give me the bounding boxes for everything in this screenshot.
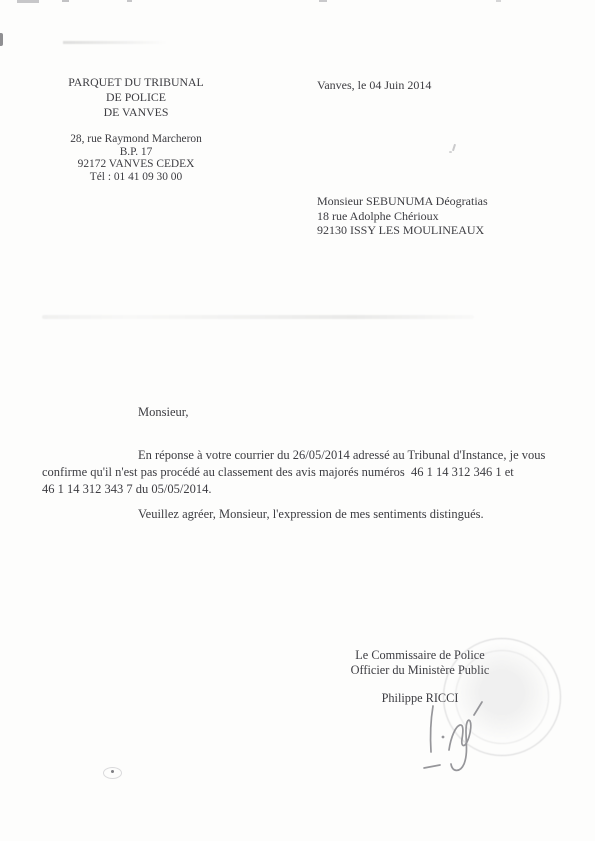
recipient-street: 18 rue Adolphe Chérioux (317, 209, 488, 224)
scan-speck (111, 770, 114, 773)
signature-stroke (431, 706, 433, 752)
signature-stroke (449, 720, 471, 770)
scan-streak (63, 41, 167, 44)
recipient-city: 92130 ISSY LES MOULINEAUX (317, 223, 488, 238)
sender-organization: PARQUET DU TRIBUNAL DE POLICE DE VANVES (50, 75, 222, 120)
scan-edge-mark (0, 33, 3, 46)
signature-stroke (474, 702, 482, 715)
closing-line: Veuillez agréer, Monsieur, l'expression … (138, 507, 484, 522)
scan-speck (127, 0, 132, 2)
sender-address: 28, rue Raymond Marcheron B.P. 17 92172 … (50, 133, 222, 183)
sender-address-line: B.P. 17 (50, 146, 222, 159)
sender-org-line: PARQUET DU TRIBUNAL (50, 75, 222, 90)
scan-tick-mark (449, 151, 452, 153)
signature-stroke (424, 765, 440, 768)
scan-speck (103, 767, 122, 779)
signature-dot (442, 736, 445, 739)
body-line: 46 1 14 312 343 7 du 05/05/2014. (42, 481, 540, 498)
date-line: Vanves, le 04 Juin 2014 (317, 78, 431, 93)
scan-speck (496, 0, 501, 2)
body-line: En réponse à votre courrier du 26/05/201… (42, 447, 540, 464)
body-paragraph: En réponse à votre courrier du 26/05/201… (42, 447, 540, 498)
sender-address-line: 92172 VANVES CEDEX (50, 158, 222, 171)
scan-speck (17, 0, 39, 3)
salutation: Monsieur, (138, 405, 189, 420)
sender-org-line: DE POLICE (50, 90, 222, 105)
sender-block: PARQUET DU TRIBUNAL DE POLICE DE VANVES … (50, 75, 222, 183)
scan-speck (62, 0, 69, 2)
sender-org-line: DE VANVES (50, 105, 222, 120)
scan-streak (42, 315, 474, 319)
handwritten-signature (412, 692, 497, 784)
letter-page: PARQUET DU TRIBUNAL DE POLICE DE VANVES … (0, 0, 595, 841)
body-line: confirme qu'il n'est pas procédé au clas… (42, 464, 540, 481)
recipient-name: Monsieur SEBUNUMA Déogratias (317, 194, 488, 209)
sender-phone-line: Tél : 01 41 09 30 00 (50, 171, 222, 184)
recipient-block: Monsieur SEBUNUMA Déogratias 18 rue Adol… (317, 194, 488, 238)
scan-speck (319, 0, 327, 2)
scan-tick-mark (452, 144, 456, 151)
sender-address-line: 28, rue Raymond Marcheron (50, 133, 222, 146)
